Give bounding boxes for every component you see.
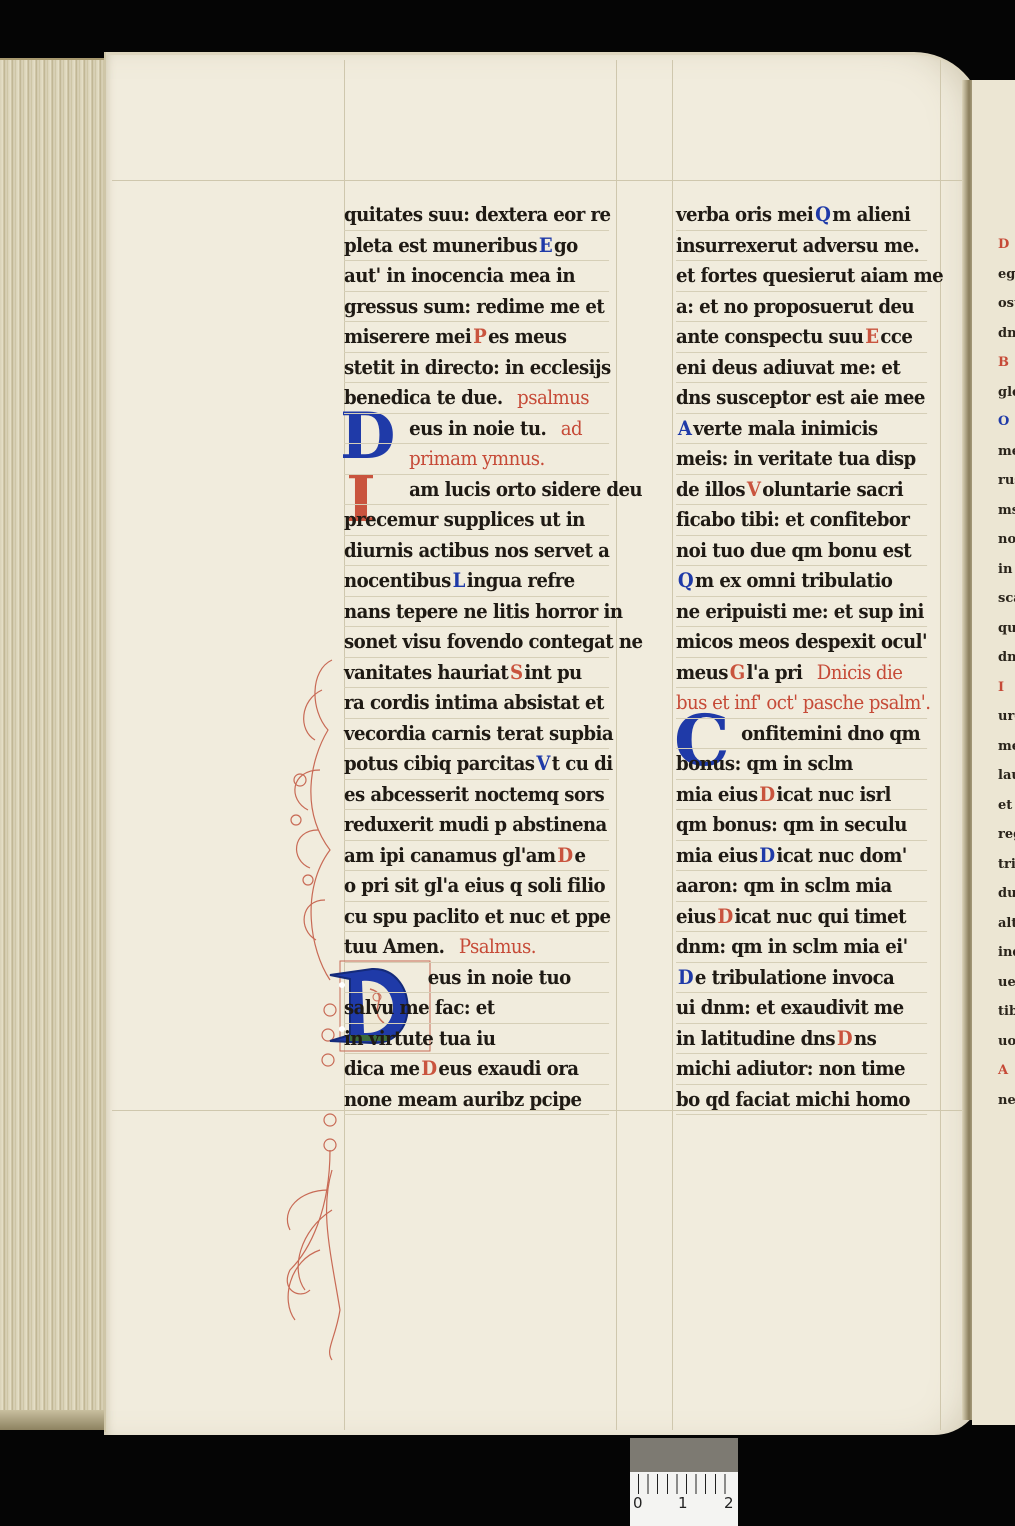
text-line: mia eiusDicat nuc dom' <box>676 841 927 872</box>
line-text: int pu <box>524 661 581 684</box>
text-line: in latitudine dnsDns <box>676 1024 927 1055</box>
facing-page-fragment: inq <box>972 938 1015 968</box>
rubric: Psalmus. <box>454 935 536 958</box>
line-text: aaron: qm in sclm mia <box>676 874 892 897</box>
line-text: t cu di <box>552 752 613 775</box>
line-text: icat nuc isrl <box>776 783 890 806</box>
line-text: cce <box>880 325 912 348</box>
line-text: in latitudine dns <box>676 1027 835 1050</box>
line-text: meus <box>676 661 728 684</box>
text-line: reduxerit mudi p abstinena <box>344 810 609 841</box>
initial-D: D <box>837 1024 852 1053</box>
line-text: eus in noie tuo <box>428 966 571 989</box>
line-text: ingua refre <box>467 569 575 592</box>
line-text: gressus sum: redime me et <box>344 295 604 318</box>
text-line: dnm: qm in sclm mia ei' <box>676 932 927 963</box>
text-line: sonet visu fovendo contegat ne <box>344 627 609 658</box>
text-line: dns susceptor est aie mee <box>676 383 927 414</box>
text-line: am lucis orto sidere deu <box>344 475 609 506</box>
ruler-ticks <box>638 1474 734 1494</box>
ruler-label-2: 2 <box>724 1494 734 1512</box>
facing-page-fragment: ost <box>972 289 1015 319</box>
text-line: a: et no proposuerut deu <box>676 292 927 323</box>
initial-P: P <box>473 322 486 351</box>
line-text: am ipi canamus gl'am <box>344 844 556 867</box>
line-text: verba oris mei <box>676 203 813 226</box>
facing-page-fragment: noi <box>972 525 1015 555</box>
text-line: stetit in directo: in ecclesijs <box>344 353 609 384</box>
text-line: bonus: qm in sclm <box>676 749 927 780</box>
page-edge-line <box>104 52 114 1432</box>
facing-page-fragment: alta <box>972 909 1015 939</box>
initial-E: E <box>539 231 552 260</box>
facing-page-fragment: D <box>972 230 1015 260</box>
text-line: ra cordis intima absistat et <box>344 688 609 719</box>
text-line: micos meos despexit ocul' <box>676 627 927 658</box>
line-text: insurrexerut adversu me. <box>676 234 919 257</box>
text-line: insurrexerut adversu me. <box>676 231 927 262</box>
line-text: potus cibiq parcitas <box>344 752 534 775</box>
text-line: none meam auribz pcipe <box>344 1085 609 1116</box>
initial-A: A <box>678 414 692 443</box>
line-text: sonet visu fovendo contegat ne <box>344 630 642 653</box>
line-text: noi tuo due qm bonu est <box>676 539 911 562</box>
initial-E: E <box>865 322 878 351</box>
line-text: eus in noie tu. <box>409 417 546 440</box>
text-line: aaron: qm in sclm mia <box>676 871 927 902</box>
rubric: ad <box>556 417 583 440</box>
text-line: noi tuo due qm bonu est <box>676 536 927 567</box>
text-line: michi adiutor: non time <box>676 1054 927 1085</box>
facing-page-fragment: sca <box>972 584 1015 614</box>
text-line: precemur supplices ut in <box>344 505 609 536</box>
line-text: eius <box>676 905 716 928</box>
text-line: es abcesserit noctemq sors <box>344 780 609 811</box>
line-text: tuu Amen. <box>344 935 444 958</box>
text-line: am ipi canamus gl'amDe <box>344 841 609 872</box>
facing-page-fragment: qui <box>972 614 1015 644</box>
line-text: ui dnm: et exaudivit me <box>676 996 904 1019</box>
line-text: et fortes quesierut aiam me <box>676 264 943 287</box>
scale-ruler: 0 1 2 <box>630 1438 738 1526</box>
text-line: verba oris meiQm alieni <box>676 200 927 231</box>
facing-page-fragment: tribu <box>972 850 1015 880</box>
rubric: Dnicis die <box>812 661 903 684</box>
line-text: icat nuc qui timet <box>734 905 905 928</box>
initial-D: D <box>421 1054 436 1083</box>
text-line: salvu me fac: et <box>344 993 609 1024</box>
line-text: go <box>554 234 578 257</box>
text-line: quitates suu: dextera eor re <box>344 200 609 231</box>
line-text: nans tepere ne litis horror in <box>344 600 622 623</box>
line-text: mia eius <box>676 783 758 806</box>
line-text: oluntarie sacri <box>762 478 903 501</box>
facing-page-fragment: B <box>972 348 1015 378</box>
ruling-line <box>672 60 673 1430</box>
text-line: potus cibiq parcitasVt cu di <box>344 749 609 780</box>
line-text: mia eius <box>676 844 758 867</box>
facing-page-fragment: dni <box>972 643 1015 673</box>
initial-L: L <box>453 566 465 595</box>
text-line: ante conspectu suuEcce <box>676 322 927 353</box>
facing-page-fragment: dne <box>972 319 1015 349</box>
line-text: es abcesserit noctemq sors <box>344 783 604 806</box>
text-line: cu spu paclito et nuc et ppe <box>344 902 609 933</box>
text-line: qm bonus: qm in seculu <box>676 810 927 841</box>
line-text: ns <box>854 1027 876 1050</box>
line-text: michi adiutor: non time <box>676 1057 905 1080</box>
text-column-left: quitates suu: dextera eor repleta est mu… <box>344 200 629 1115</box>
line-text: quitates suu: dextera eor re <box>344 203 610 226</box>
ruling-line <box>112 180 962 181</box>
facing-page-fragment: rus <box>972 466 1015 496</box>
initial-D: D <box>678 963 693 992</box>
line-text: stetit in directo: in ecclesijs <box>344 356 611 379</box>
text-line: ne eripuisti me: et sup ini <box>676 597 927 628</box>
line-text: es meus <box>488 325 566 348</box>
line-text: dnm: qm in sclm mia ei' <box>676 935 908 958</box>
text-line: vanitates hauriatSint pu <box>344 658 609 689</box>
line-text: icat nuc dom' <box>776 844 906 867</box>
line-text: ante conspectu suu <box>676 325 863 348</box>
line-text: ne eripuisti me: et sup ini <box>676 600 924 623</box>
facing-page-fragment: ms <box>972 496 1015 526</box>
text-line: eiusDicat nuc qui timet <box>676 902 927 933</box>
text-line: pleta est muneribusEgo <box>344 231 609 262</box>
ruler-label-0: 0 <box>633 1494 643 1512</box>
line-text: e tribulatione invoca <box>695 966 894 989</box>
line-text: vecordia carnis terat supbia <box>344 722 613 745</box>
text-line: ficabo tibi: et confitebor <box>676 505 927 536</box>
initial-V: V <box>536 749 550 778</box>
text-line: benedica te due. psalmus <box>344 383 609 414</box>
line-text: salvu me fac: et <box>344 996 495 1019</box>
line-text: e <box>574 844 585 867</box>
initial-D: D <box>759 841 774 870</box>
text-line: et fortes quesierut aiam me <box>676 261 927 292</box>
line-text: bonus: qm in sclm <box>676 752 853 775</box>
line-text: l'a pri <box>747 661 803 684</box>
line-text: pleta est muneribus <box>344 234 537 257</box>
text-column-right: verba oris meiQm alieniinsurrexerut adve… <box>676 200 946 1115</box>
text-line: eus in noie tu. ad <box>344 414 609 445</box>
text-line: De tribulatione invoca <box>676 963 927 994</box>
initial-S: S <box>510 658 523 687</box>
line-text: m ex omni tribulatio <box>695 569 892 592</box>
text-line: eus in noie tuo <box>344 963 609 994</box>
facing-page-fragment: me <box>972 437 1015 467</box>
text-line: meis: in veritate tua disp <box>676 444 927 475</box>
text-line: gressus sum: redime me et <box>344 292 609 323</box>
text-line: Qm ex omni tribulatio <box>676 566 927 597</box>
line-text: verte mala inimicis <box>693 417 877 440</box>
facing-page-fragment: reg <box>972 820 1015 850</box>
open-book: DegoostdneBgloOmerusmsnoiinscaquidniIure… <box>0 50 1015 1450</box>
rubric: psalmus <box>512 386 589 409</box>
facing-page-fragment: et <box>972 791 1015 821</box>
facing-page-fragment: in <box>972 555 1015 585</box>
line-text: am lucis orto sidere deu <box>409 478 642 501</box>
facing-page-fragment: I <box>972 673 1015 703</box>
text-line: onfitemini dno qm <box>676 719 927 750</box>
text-line: miserere meiPes meus <box>344 322 609 353</box>
initial-G: G <box>730 658 745 687</box>
text-line: tuu Amen. Psalmus. <box>344 932 609 963</box>
text-line: ui dnm: et exaudivit me <box>676 993 927 1024</box>
rubric: bus et inf' oct' pasche psalm'. <box>676 691 930 714</box>
facing-page-fragment: dui <box>972 879 1015 909</box>
initial-D: D <box>557 841 572 870</box>
line-text: ra cordis intima absistat et <box>344 691 604 714</box>
initial-D: D <box>717 902 732 931</box>
text-line: bus et inf' oct' pasche psalm'. <box>676 688 927 719</box>
text-line: bo qd faciat michi homo <box>676 1085 927 1116</box>
line-text: nocentibus <box>344 569 451 592</box>
line-text: eni deus adiuvat me: et <box>676 356 900 379</box>
facing-page-sliver: DegoostdneBgloOmerusmsnoiinscaquidniIure… <box>972 80 1015 1425</box>
facing-page-fragment: ego <box>972 260 1015 290</box>
text-line: o pri sit gl'a eius q soli filio <box>344 871 609 902</box>
facing-page-fragment: me <box>972 732 1015 762</box>
line-text: diurnis actibus nos servet a <box>344 539 609 562</box>
initial-Q: Q <box>815 200 830 229</box>
text-line: diurnis actibus nos servet a <box>344 536 609 567</box>
facing-page-fragment: ure <box>972 702 1015 732</box>
text-line: vecordia carnis terat supbia <box>344 719 609 750</box>
line-text: de illos <box>676 478 745 501</box>
text-line: in virtute tua iu <box>344 1024 609 1055</box>
text-line: nans tepere ne litis horror in <box>344 597 609 628</box>
text-line: eni deus adiuvat me: et <box>676 353 927 384</box>
line-text: reduxerit mudi p abstinena <box>344 813 607 836</box>
text-line: Averte mala inimicis <box>676 414 927 445</box>
facing-page-fragment: uer <box>972 968 1015 998</box>
text-line: primam ymnus. <box>344 444 609 475</box>
initial-Q: Q <box>678 566 693 595</box>
line-text: ficabo tibi: et confitebor <box>676 508 909 531</box>
line-text: micos meos despexit ocul' <box>676 630 927 653</box>
line-text: aut' in inocencia mea in <box>344 264 575 287</box>
text-line: aut' in inocencia mea in <box>344 261 609 292</box>
line-text: in virtute tua iu <box>344 1027 495 1050</box>
line-text: vanitates hauriat <box>344 661 508 684</box>
rubric: primam ymnus. <box>409 447 545 470</box>
text-line: nocentibusLingua refre <box>344 566 609 597</box>
line-text: cu spu paclito et nuc et ppe <box>344 905 610 928</box>
text-line: meusGl'a pri Dnicis die <box>676 658 927 689</box>
line-text: meis: in veritate tua disp <box>676 447 916 470</box>
ruler-strip: 0 1 2 <box>630 1472 738 1526</box>
facing-page-fragment: glo <box>972 378 1015 408</box>
initial-D: D <box>759 780 774 809</box>
facing-page-fragment: tibi <box>972 997 1015 1027</box>
line-text: eus exaudi ora <box>438 1057 578 1080</box>
facing-page-fragment: laus <box>972 761 1015 791</box>
line-text: miserere mei <box>344 325 471 348</box>
facing-page-fragment: nec <box>972 1086 1015 1116</box>
initial-V: V <box>747 475 761 504</box>
line-text: none meam auribz pcipe <box>344 1088 582 1111</box>
line-text: benedica te due. <box>344 386 503 409</box>
line-text: precemur supplices ut in <box>344 508 585 531</box>
text-line: de illosVoluntarie sacri <box>676 475 927 506</box>
line-text: a: et no proposuerut deu <box>676 295 914 318</box>
line-text: qm bonus: qm in seculu <box>676 813 907 836</box>
facing-page-fragment: A <box>972 1056 1015 1086</box>
facing-page-fragment: uoi <box>972 1027 1015 1057</box>
text-line: dica meDeus exaudi ora <box>344 1054 609 1085</box>
line-text: onfitemini dno qm <box>741 722 920 745</box>
ruler-label-1: 1 <box>678 1494 688 1512</box>
line-text: m alieni <box>832 203 910 226</box>
line-text: dica me <box>344 1057 420 1080</box>
line-text: bo qd faciat michi homo <box>676 1088 910 1111</box>
facing-page-fragment: O <box>972 407 1015 437</box>
line-text: o pri sit gl'a eius q soli filio <box>344 874 605 897</box>
line-text: dns susceptor est aie mee <box>676 386 925 409</box>
text-line: mia eiusDicat nuc isrl <box>676 780 927 811</box>
